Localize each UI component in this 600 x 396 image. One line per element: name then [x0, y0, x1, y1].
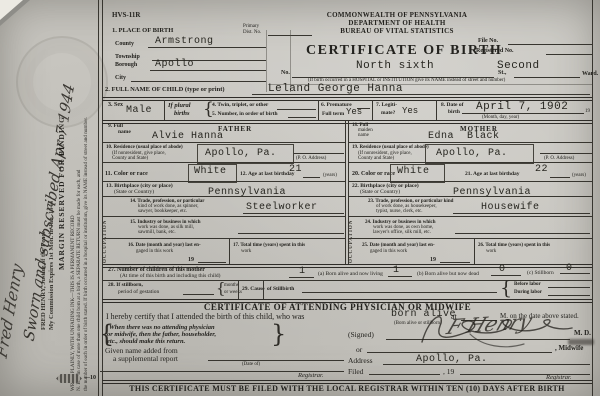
father-total-label2: work: [241, 249, 251, 254]
before-labor-label: Before labor: [514, 282, 541, 287]
mother-residence-label3: County and State): [358, 156, 394, 161]
mother-po-label: (P. O. Address): [544, 156, 574, 161]
note-brace-close: }: [271, 322, 286, 346]
address-label: Address: [348, 357, 373, 365]
notary-stamp-line2: My Commission Expires 1st Mon. in Jan. 1…: [48, 94, 56, 330]
father-birthplace-label2: (State or Country): [114, 190, 154, 196]
row3-div4: [436, 100, 437, 120]
mother-industry-label3: lawyer's office, silk mill, etc.: [373, 230, 431, 235]
cause-label1: 29. Cause: [242, 287, 265, 293]
full-term-label: Full term: [322, 112, 344, 118]
mother-race-label: 20. Color or race: [352, 171, 395, 177]
father-row11-rule: [102, 181, 345, 182]
born-alive-dead-value: 0: [499, 265, 506, 275]
mother-date-line: [440, 262, 470, 263]
file-no-line: [508, 44, 592, 45]
mother-birthplace-label2: (State or Country): [360, 190, 400, 196]
father-row14-rule: [102, 216, 345, 217]
father-row15-rule: [102, 238, 345, 239]
mother-date-label1: 25. Date (month and year) last en-: [362, 243, 435, 248]
notary-stamp-line1: FRED HENRY, Justice of the Peace: [40, 94, 48, 330]
filed-label: Filed: [348, 368, 363, 376]
registrar-left-label: Registrar.: [298, 373, 323, 380]
county-value: Armstrong: [155, 37, 214, 47]
father-total-label1: 17. Total time (years) spent in this: [233, 243, 305, 248]
dob-label1: 8. Date of: [441, 103, 463, 109]
county-line: [148, 47, 266, 48]
city-line: [131, 81, 266, 82]
cause-line: [302, 292, 497, 293]
father-row10-rule: [102, 162, 345, 163]
father-date-label1: 16. Date (month and year) last en-: [128, 243, 201, 248]
labor-brace: {: [500, 279, 512, 298]
sex-value: Male: [126, 106, 152, 116]
midwife-label: , Midwife: [555, 345, 583, 352]
mother-date-divider: [474, 239, 475, 264]
row3-div1: [164, 100, 165, 120]
header-department: DEPARTMENT OF HEALTH: [303, 20, 491, 27]
mother-total-label2: work: [486, 249, 496, 254]
mother-name-value: Edna Black: [428, 132, 500, 142]
father-date-label2: gaged in this work: [136, 249, 173, 254]
birth-order-line: [288, 117, 316, 118]
mother-age-label: 21. Age at last birthday: [465, 172, 520, 178]
ward-line: [514, 77, 580, 78]
mother-age-value: 22: [535, 165, 548, 175]
twin-label: 4. Twin, triplet, or other: [212, 103, 268, 109]
child-name-line: [252, 94, 590, 95]
mother-date-label2: gaged in this work: [370, 249, 407, 254]
gestation-line: [183, 294, 214, 295]
margin-page-number: —10: [84, 375, 96, 381]
given-name-label2: a supplemental report: [113, 355, 178, 363]
mother-total-label1: 26. Total time (years) spent in this: [478, 243, 550, 248]
registered-no-label: Registered No.: [476, 48, 514, 54]
dob-label2: birth: [448, 110, 460, 116]
city-label: City: [115, 75, 126, 81]
primary-dist-label2: Dist. No.: [243, 30, 261, 35]
cause-label2: of Stillbirth: [267, 287, 294, 293]
header-bureau: BUREAU OF VITAL STATISTICS: [303, 28, 491, 35]
corner-fold: [0, 0, 23, 20]
father-name-value: Alvie Hanna: [152, 132, 224, 142]
father-trade-label3: sawyer, bookkeeper, etc.: [138, 209, 187, 214]
section-rule-2: [102, 120, 592, 124]
street-value: North sixth: [356, 61, 434, 72]
certificate-title: CERTIFICATE OF BIRTH: [306, 44, 478, 58]
or-label: or: [356, 346, 362, 354]
cert-note-line3: etc., should make this return.: [107, 339, 185, 346]
filed-line1: [369, 374, 440, 375]
mother-residence-label1: 19. Residence (usual place of abode): [352, 145, 429, 150]
row28-div1: [238, 281, 239, 299]
birth-certificate-scan: Fred Henry Sworn and subscribed Apr 7 19…: [0, 0, 600, 396]
mother-trade-value: Housewife: [481, 203, 540, 213]
row3-div3: [372, 100, 373, 120]
ornament-diamond: [56, 374, 82, 383]
dob-value: April 7, 1902: [476, 102, 568, 113]
children-total-value: 1: [299, 267, 306, 277]
stillbirth-label2: period of gestation: [118, 290, 159, 296]
mother-date-year: 19: [430, 257, 436, 263]
father-age-value: 21: [289, 165, 302, 175]
mother-row20-rule: [348, 181, 592, 182]
registered-no-line: [546, 54, 592, 55]
supplemental-line: [208, 360, 344, 361]
father-date-year: 19: [188, 257, 194, 263]
center-divider-1: [345, 120, 346, 265]
mother-trade-line: [453, 213, 590, 214]
mother-occupation-vertical: OCCUPATION: [349, 205, 354, 263]
father-trade-value: Steelworker: [246, 203, 318, 213]
father-trade-line: [243, 213, 344, 214]
borough-line: [150, 70, 266, 71]
born-alive-living-line: [388, 276, 412, 277]
borough-value: Apollo: [155, 60, 194, 70]
father-age-unit: (years): [323, 173, 337, 178]
signed-label: (Signed): [348, 331, 374, 339]
place-cell-line1: [266, 30, 267, 92]
date-of-label: (Date of): [242, 362, 260, 367]
plural-label1: If plural: [168, 103, 191, 110]
during-labor-label: During labor: [514, 290, 542, 295]
mother-industry-line: [455, 233, 590, 234]
father-date-line: [198, 262, 226, 263]
mother-age-line: [550, 177, 570, 178]
mother-row22-rule: [348, 196, 592, 197]
father-industry-line: [238, 233, 344, 234]
ward-label: Ward.: [582, 71, 598, 77]
notary-stamp: FRED HENRY, Justice of the Peace My Comm…: [40, 94, 56, 330]
born-alive-dead-line: [491, 275, 521, 276]
plural-label2: births: [174, 111, 190, 118]
father-residence-value: Apollo, Pa.: [205, 149, 277, 159]
legitimate-value: Yes: [402, 107, 418, 116]
place-of-birth-label: 1. PLACE OF BIRTH: [112, 28, 173, 35]
margin-handwriting-2: Fred Henry: [0, 261, 25, 360]
mother-trade-label3: typist, nurse, clerk, etc.: [376, 209, 423, 214]
father-date-divider: [229, 239, 230, 264]
mother-residence-value: Apollo, Pa.: [436, 149, 508, 159]
father-po-line: [294, 153, 344, 154]
dob-line: [462, 113, 584, 114]
father-residence-label3: County and State): [112, 156, 148, 161]
born-alive-living-value: 1: [393, 266, 400, 276]
father-row9-rule: [102, 142, 345, 143]
borough-label: Borough: [115, 62, 137, 68]
mother-row19-rule: [348, 162, 592, 163]
mother-age-unit: (years): [572, 173, 586, 178]
gestation-weeks: or weeks: [224, 290, 242, 295]
street-no-label: No.: [281, 70, 290, 76]
father-age-label: 12. Age at last birthday: [240, 172, 295, 178]
father-po-label: (P. O. Address): [296, 156, 326, 161]
mother-row24-rule: [348, 238, 592, 239]
father-race-label: 11. Color or race: [105, 171, 148, 177]
row28-div2: [263, 281, 264, 299]
county-label: County: [115, 41, 134, 47]
header-commonwealth: COMMONWEALTH OF PENNSYLVANIA: [303, 12, 491, 19]
during-labor-line: [548, 295, 590, 296]
stillborn-line: [560, 273, 590, 274]
father-age-line: [303, 177, 320, 178]
filed-19-label: , 19: [443, 368, 454, 376]
born-alive-dead-label: (b) Born alive but now dead: [417, 272, 479, 278]
file-no-label: File No.: [478, 38, 498, 44]
mother-row18-rule: [348, 142, 592, 143]
before-labor-line: [548, 287, 590, 288]
primary-dist-label1: Primary: [243, 24, 259, 29]
father-row13-rule: [102, 196, 345, 197]
embossed-seal: [16, 36, 108, 128]
legitimate-label1: 7. Legiti-: [376, 103, 397, 109]
township-label: Township: [115, 54, 140, 60]
born-alive-living-label: (a) Born alive and now living: [318, 272, 383, 278]
father-occupation-vertical: OCCUPATION: [103, 205, 108, 263]
gestation-months: months: [224, 283, 239, 288]
mother-name-label3: name: [358, 133, 369, 138]
row27-rule: [102, 280, 592, 281]
child-name-label: 2. FULL NAME OF CHILD (type or print): [105, 87, 225, 94]
stillborn-label: (c) Stillborn: [527, 271, 554, 277]
stillbirth-label1: 28. If stillborn,: [108, 283, 143, 289]
children-total-line: [289, 277, 314, 278]
father-name-label2: name: [118, 130, 131, 136]
mother-po-line: [540, 153, 592, 154]
birth-order-label: 5. Number, in order of birth: [212, 112, 278, 118]
full-term-value: Yes: [346, 108, 362, 117]
mother-race-value: White: [397, 167, 430, 177]
row3-div2: [318, 100, 319, 120]
ward-value: Second: [497, 61, 540, 72]
dob-year-prefix: 19: [585, 109, 590, 114]
midwife-line: [367, 352, 552, 353]
twin-line: [277, 109, 316, 110]
mother-row23-rule: [348, 216, 592, 217]
children-count-label2: (At time of this birth and including thi…: [120, 274, 221, 280]
legitimate-label2: mate?: [381, 111, 395, 117]
father-residence-label1: 10. Residence (usual place of abode): [106, 145, 183, 150]
form-number: HVS-11R: [112, 12, 140, 19]
filing-notice: THIS CERTIFICATE MUST BE FILED WITH THE …: [102, 385, 592, 393]
address-line: [383, 364, 590, 365]
father-industry-label3: sawmill, bank, etc.: [138, 230, 176, 235]
sex-label: 3. Sex: [108, 102, 123, 108]
father-race-value: White: [194, 167, 227, 177]
border-right: [592, 0, 593, 396]
